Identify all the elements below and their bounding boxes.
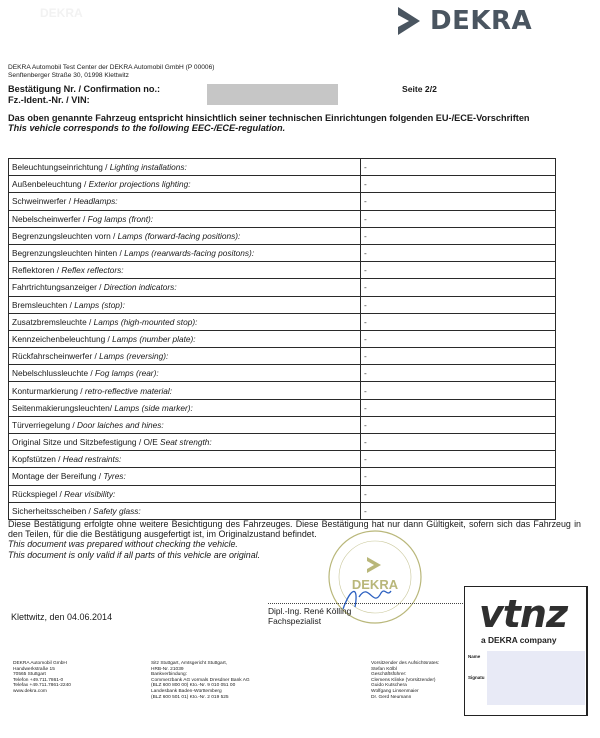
svg-text:DEKRA: DEKRA xyxy=(352,577,399,592)
table-row: Kopfstützen / Head restraints:- xyxy=(9,451,556,468)
regulation-value: - xyxy=(361,382,556,399)
regulation-label: Bremsleuchten / Lamps (stop): xyxy=(9,296,361,313)
regulation-label: Seitenmakierungsleuchten/ Lamps (side ma… xyxy=(9,399,361,416)
regulation-value: - xyxy=(361,434,556,451)
regulation-label: Montage der Bereifung / Tyres: xyxy=(9,468,361,485)
table-row: Konturmarkierung / retro-reflective mate… xyxy=(9,382,556,399)
table-row: Rückspiegel / Rear visibility:- xyxy=(9,485,556,502)
regulation-label: Konturmarkierung / retro-reflective mate… xyxy=(9,382,361,399)
dekra-logo: DEKRA xyxy=(396,6,532,36)
vtnz-name-label: Name xyxy=(468,654,480,659)
regulation-label: Kopfstützen / Head restraints: xyxy=(9,451,361,468)
table-row: Außenbeleuchtung / Exterior projections … xyxy=(9,176,556,193)
regulation-label: Schweinwerfer / Headlamps: xyxy=(9,193,361,210)
confirmation-block: Bestätigung Nr. / Confirmation no.: Fz.-… xyxy=(8,84,160,105)
regulation-value: - xyxy=(361,502,556,519)
table-row: Schweinwerfer / Headlamps:- xyxy=(9,193,556,210)
table-row: Fahrtrichtungsanzeiger / Direction indic… xyxy=(9,279,556,296)
disclaimer: Diese Bestätigung erfolgte ohne weitere … xyxy=(8,519,581,560)
regulation-value: - xyxy=(361,451,556,468)
table-row: Original Sitze und Sitzbefestigung / O/E… xyxy=(9,434,556,451)
stamp-arrow-icon xyxy=(367,557,381,573)
table-row: Türverriegelung / Door laiches and hines… xyxy=(9,416,556,433)
table-row: Begrenzungsleuchten hinten / Lamps (rear… xyxy=(9,244,556,261)
vtnz-stamp-box: vtnz a DEKRA company Name Signatu xyxy=(464,586,588,716)
regulation-value: - xyxy=(361,399,556,416)
regulation-label: Sicherheitsscheiben / Safety glass: xyxy=(9,502,361,519)
intro-de: Das oben genannte Fahrzeug entspricht hi… xyxy=(8,113,593,123)
footer-line: Dr. Gerd Neumann xyxy=(371,695,439,701)
regulation-value: - xyxy=(361,227,556,244)
table-row: Zusatzbremsleuchte / Lamps (high-mounted… xyxy=(9,313,556,330)
table-row: Rückfahrscheinwerfer / Lamps (reversing)… xyxy=(9,348,556,365)
table-row: Nebelscheinwerfer / Fog lamps (front):- xyxy=(9,210,556,227)
regulation-label: Türverriegelung / Door laiches and hines… xyxy=(9,416,361,433)
regulation-label: Zusatzbremsleuchte / Lamps (high-mounted… xyxy=(9,313,361,330)
regulation-label: Nebelscheinwerfer / Fog lamps (front): xyxy=(9,210,361,227)
redacted-field xyxy=(207,84,338,105)
signer-block: Dipl.-Ing. René Kölling Fachspezialist xyxy=(268,606,351,626)
regulation-label: Außenbeleuchtung / Exterior projections … xyxy=(9,176,361,193)
issuer-address: DEKRA Automobil Test Center der DEKRA Au… xyxy=(8,64,214,79)
regulation-value: - xyxy=(361,313,556,330)
regulation-table: Beleuchtungseinrichtung / Lighting insta… xyxy=(8,158,556,520)
table-row: Reflektoren / Reflex reflectors:- xyxy=(9,262,556,279)
regulation-value: - xyxy=(361,262,556,279)
regulation-label: Beleuchtungseinrichtung / Lighting insta… xyxy=(9,159,361,176)
footer-line: (BLZ 600 501 01) Kto.-Nr. 2 019 525 xyxy=(151,695,250,701)
signature-line xyxy=(268,603,463,604)
footer-company: DEKRA Automobil GmbHHandwerkstraße 15705… xyxy=(13,661,71,695)
regulation-value: - xyxy=(361,485,556,502)
table-row: Montage der Bereifung / Tyres:- xyxy=(9,468,556,485)
footer-line: DEKRA Automobil GmbH xyxy=(13,661,71,667)
regulation-label: Rückfahrscheinwerfer / Lamps (reversing)… xyxy=(9,348,361,365)
regulation-value: - xyxy=(361,330,556,347)
table-row: Bremsleuchten / Lamps (stop):- xyxy=(9,296,556,313)
intro-text: Das oben genannte Fahrzeug entspricht hi… xyxy=(8,113,593,133)
regulation-label: Kennzeichenbeleuchtung / Lamps (number p… xyxy=(9,330,361,347)
regulation-label: Original Sitze und Sitzbefestigung / O/E… xyxy=(9,434,361,451)
faint-watermark-text: DEKRA xyxy=(40,6,170,20)
regulation-label: Reflektoren / Reflex reflectors: xyxy=(9,262,361,279)
regulation-value: - xyxy=(361,193,556,210)
confirmation-label: Bestätigung Nr. / Confirmation no.: xyxy=(8,84,160,95)
place-date: Klettwitz, den 04.06.2014 xyxy=(11,612,112,622)
regulation-value: - xyxy=(361,416,556,433)
footer-registry: Sitz Stuttgart, Amtsgericht Stuttgart,HR… xyxy=(151,661,250,700)
disclaimer-en-1: This document was prepared without check… xyxy=(8,539,581,549)
regulation-value: - xyxy=(361,159,556,176)
table-row: Nebelschlussleuchte / Fog lamps (rear):- xyxy=(9,365,556,382)
regulation-value: - xyxy=(361,279,556,296)
signer-name: Dipl.-Ing. René Kölling xyxy=(268,606,351,616)
table-row: Beleuchtungseinrichtung / Lighting insta… xyxy=(9,159,556,176)
signer-title: Fachspezialist xyxy=(268,616,351,626)
vtnz-signature-label: Signatu xyxy=(468,675,485,680)
regulation-label: Rückspiegel / Rear visibility: xyxy=(9,485,361,502)
regulation-label: Begrenzungsleuchten vorn / Lamps (forwar… xyxy=(9,227,361,244)
regulation-value: - xyxy=(361,244,556,261)
footer-line: Vorsitzender des Aufsichtsrates: xyxy=(371,661,439,667)
regulation-value: - xyxy=(361,348,556,365)
intro-en: This vehicle corresponds to the followin… xyxy=(8,123,593,133)
vtnz-redacted-area xyxy=(487,651,585,705)
footer-management: Vorsitzender des Aufsichtsrates:Stefan K… xyxy=(371,661,439,700)
regulation-label: Begrenzungsleuchten hinten / Lamps (rear… xyxy=(9,244,361,261)
issuer-line: DEKRA Automobil Test Center der DEKRA Au… xyxy=(8,64,214,72)
vin-label: Fz.-Ident.-Nr. / VIN: xyxy=(8,95,160,106)
regulation-value: - xyxy=(361,468,556,485)
regulation-value: - xyxy=(361,176,556,193)
vtnz-logo: vtnz xyxy=(479,595,567,633)
regulation-label: Nebelschlussleuchte / Fog lamps (rear): xyxy=(9,365,361,382)
vtnz-subtitle: a DEKRA company xyxy=(481,635,557,645)
regulation-value: - xyxy=(361,296,556,313)
dekra-arrow-icon xyxy=(396,7,422,35)
page-number: Seite 2/2 xyxy=(402,84,437,94)
table-row: Begrenzungsleuchten vorn / Lamps (forwar… xyxy=(9,227,556,244)
regulation-value: - xyxy=(361,365,556,382)
regulation-value: - xyxy=(361,210,556,227)
logo-wordmark: DEKRA xyxy=(430,6,532,36)
issuer-line: Senftenberger Straße 30, 01998 Klettwitz xyxy=(8,72,214,80)
disclaimer-de: Diese Bestätigung erfolgte ohne weitere … xyxy=(8,519,581,539)
disclaimer-en-2: This document is only valid if all parts… xyxy=(8,550,581,560)
table-row: Sicherheitsscheiben / Safety glass:- xyxy=(9,502,556,519)
footer-line: www.dekra.com xyxy=(13,689,71,695)
table-row: Kennzeichenbeleuchtung / Lamps (number p… xyxy=(9,330,556,347)
table-row: Seitenmakierungsleuchten/ Lamps (side ma… xyxy=(9,399,556,416)
regulation-label: Fahrtrichtungsanzeiger / Direction indic… xyxy=(9,279,361,296)
